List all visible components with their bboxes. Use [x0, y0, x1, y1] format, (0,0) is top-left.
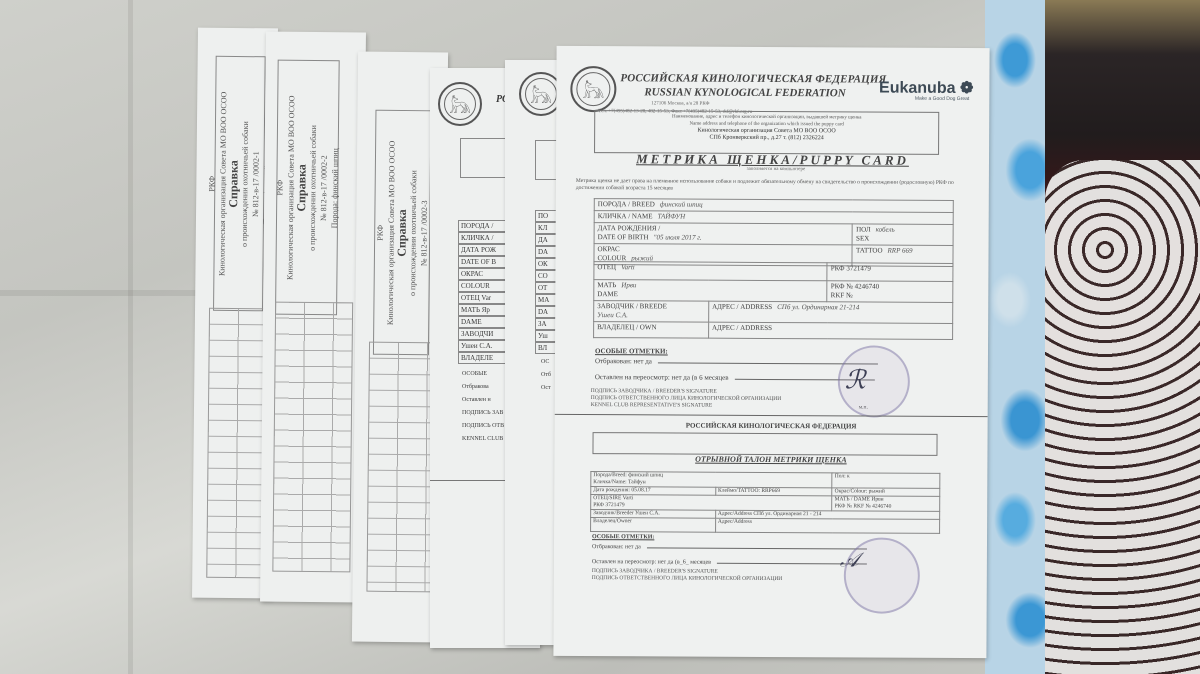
- tattoo-label: TATTOO: [856, 246, 883, 254]
- stub-dam-reg: РКФ № RKF № 4246740: [835, 503, 938, 511]
- puppy-details-table: ПОРОДА / BREEDфинский шпиц КЛИЧКА / NAME…: [593, 198, 953, 267]
- tattoo-value: RRP 669: [888, 247, 913, 255]
- name-value: ТАЙФУН: [658, 212, 686, 220]
- dam-label-ru: МАТЬ: [597, 281, 616, 289]
- sex-value: кобель: [876, 226, 895, 234]
- stub-colour: Окрас/Colour: рыжий: [832, 488, 940, 497]
- name-label: КЛИЧКА / NAME: [598, 212, 653, 220]
- stub-breeder: Заводчик/Breeder Ушеи С.А.: [591, 510, 716, 519]
- org-address: 127106 Москва, а/я 28 РКФ: [651, 101, 709, 106]
- org-name-ru: РОССИЙСКАЯ КИНОЛОГИЧЕСКАЯ ФЕДЕРАЦИЯ: [620, 72, 886, 85]
- dam-registration-en: RKF №: [831, 291, 950, 301]
- sponsor-tagline: Make a Good Dog Great: [915, 96, 970, 102]
- rkf-seal-icon: 𓃦: [570, 66, 616, 112]
- paw-icon: ❁: [955, 80, 973, 97]
- field-trial-results-grid: [366, 342, 439, 593]
- stub-details-table: Порода/Breed: финский шпицКличка/Name: Т…: [590, 471, 940, 534]
- lace-doily: [1045, 160, 1200, 674]
- breeder-address-label: АДРЕС / ADDRESS: [712, 303, 772, 311]
- cloth-fold: [0, 290, 200, 296]
- cut-line: [555, 414, 988, 417]
- sire-value: Varti: [621, 263, 635, 271]
- field-trial-results-grid: [272, 302, 353, 573]
- title-note: заполняется на компьютере: [576, 166, 976, 174]
- puppy-card-main: 𓃦 РОССИЙСКАЯ КИНОЛОГИЧЕСКАЯ ФЕДЕРАЦИЯ RU…: [553, 46, 989, 658]
- breed-value: финский шпиц: [660, 200, 703, 208]
- rkf-seal-icon: 𓃦: [438, 82, 482, 126]
- breeder-value: Ушеи С.А.: [597, 311, 705, 321]
- dam-row: МАТЬИрвиDAME РКФ № 4246740RKF №: [594, 280, 953, 303]
- stub-rep-signature: ПОДПИСЬ ОТВЕТСТВЕННОГО ЛИЦА КИНОЛОГИЧЕСК…: [592, 575, 783, 583]
- issuer-box: Наименование, адрес и телефон кинологиче…: [594, 110, 939, 155]
- sire-row: ОТЕЦVarti РКФ 3721479: [594, 262, 953, 282]
- stub-issuer-box: [592, 432, 937, 456]
- rules-note: Метрика щенка не дает права на племенное…: [576, 178, 976, 194]
- pedigree-table: ОТЕЦVarti РКФ 3721479 МАТЬИрвиDAME РКФ №…: [593, 261, 953, 340]
- stub-tattoo: Клеймо/TATTOO: RRP669: [716, 487, 833, 496]
- sex-label-ru: ПОЛ: [856, 225, 871, 233]
- stub-org-name: РОССИЙСКАЯ КИНОЛОГИЧЕСКАЯ ФЕДЕРАЦИЯ: [555, 421, 988, 431]
- stub-owner-address: Адрес/Address: [715, 518, 939, 533]
- recheck-line: Оставлен на переосмотр: нет да (в 6 меся…: [595, 373, 729, 382]
- stub-culled-line: Отбракован: нет да: [592, 544, 641, 550]
- reference-card-title-box: РКФ Кинологическая организация Совета МО…: [213, 56, 265, 312]
- special-marks: ОСОБЫЕ ОТМЕТКИ: Отбракован: нет да Остав…: [595, 346, 975, 384]
- owner-label: ВЛАДЕЛЕЦ / OWN: [597, 323, 656, 331]
- org-name-en: RUSSIAN KYNOLOGICAL FEDERATION: [644, 86, 845, 99]
- stub-title: ОТРЫВНОЙ ТАЛОН МЕТРИКИ ЩЕНКА: [554, 454, 987, 465]
- issuer-address: СПб Кронверкский пр., д.27 т. (812) 2326…: [595, 134, 938, 143]
- reference-number: № 812-в-17 /0002-3: [418, 141, 431, 325]
- breeder-address-value: СПб ул. Ординарная 21-214: [777, 303, 859, 311]
- stub-name: Кличка/Name: Тайфун: [593, 479, 829, 487]
- culled-line: Отбракован: нет да: [595, 357, 652, 365]
- owner-address-label: АДРЕС / ADDRESS: [712, 324, 772, 332]
- sex-label-en: SEX: [856, 234, 950, 243]
- reference-card-title-box: РКФ Кинологическая организация Совета МО…: [275, 60, 340, 316]
- stub-signature-block: ПОДПИСЬ ЗАВОДЧИКА / BREEDER'S SIGNATURE …: [592, 568, 783, 583]
- dob-row: ДАТА РОЖДЕНИЯ /DATE OF BIRTH"05 июля 201…: [594, 223, 953, 246]
- breeder-row: ЗАВОДЧИК / BREEDEУшеи С.А. АДРЕС / ADDRE…: [594, 301, 953, 324]
- breed-label: ПОРОДА / BREED: [598, 200, 655, 208]
- sponsor-name: Eukanuba: [879, 80, 956, 97]
- reference-card-text: РКФ Кинологическая организация Совета МО…: [273, 95, 341, 280]
- stub-owner: Владелец/Owner: [591, 518, 716, 533]
- stub-sex: Пол: к: [832, 473, 940, 489]
- dam-value: Ирви: [621, 281, 636, 289]
- signature-block: ПОДПИСЬ ЗАВОДЧИКА / BREEDER'S SIGNATURE …: [591, 388, 782, 410]
- dob-value: "05 июля 2017 г.: [653, 233, 701, 241]
- dob-label-en: DATE OF BIRTH: [598, 233, 649, 241]
- signature-scribble: ℛ: [845, 365, 866, 395]
- cloth-fold: [128, 0, 133, 674]
- reference-breed: Порода: финский шпиц: [328, 96, 341, 280]
- stub-recheck-line: Оставлен на переосмотр: нет да (в_6_ мес…: [592, 559, 711, 566]
- sire-label: ОТЕЦ: [597, 263, 616, 271]
- dam-label-en: DAME: [597, 290, 823, 300]
- reference-card-title-box: РКФ Кинологическая организация Совета МО…: [373, 110, 431, 356]
- reference-card-text: РКФ Кинологическая организация Совета МО…: [374, 140, 431, 325]
- rep-signature-label-en: KENNEL CLUB REPRESENTATIVE'S SIGNATURE: [591, 402, 782, 410]
- sire-registration: РКФ 3721479: [831, 264, 871, 272]
- owner-row: ВЛАДЕЛЕЦ / OWN АДРЕС / ADDRESS: [594, 322, 953, 340]
- stub-culled-blank: [647, 547, 867, 549]
- reference-card-2: РКФ Кинологическая организация Совета МО…: [260, 31, 366, 602]
- stub-signature-scribble: 𝒜: [840, 547, 859, 571]
